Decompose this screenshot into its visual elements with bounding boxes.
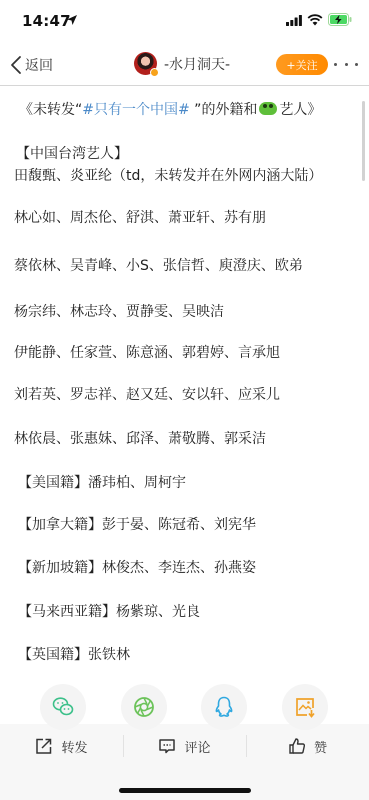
like-button[interactable]: 赞 xyxy=(246,724,369,768)
text-line: 【英国籍】张铁林 xyxy=(18,644,130,664)
share-qq-button[interactable] xyxy=(201,684,247,730)
home-indicator[interactable] xyxy=(119,788,251,793)
status-time: 14:47 xyxy=(22,12,71,30)
wechat-icon xyxy=(51,695,75,719)
more-dot-icon xyxy=(345,63,348,66)
like-label: 赞 xyxy=(314,737,327,756)
more-dot-icon xyxy=(355,63,358,66)
text-line: 【美国籍】潘玮柏、周柯宇 xyxy=(18,472,186,492)
comment-label: 评论 xyxy=(184,737,210,756)
follow-button[interactable]: +关注 xyxy=(276,54,328,75)
title-prefix: 《未转发“ xyxy=(19,102,82,118)
text-line: 【马来西亚籍】杨紫琼、光良 xyxy=(18,601,200,621)
action-bar: 转发 评论 赞 xyxy=(0,724,369,768)
repost-icon xyxy=(35,737,53,755)
text-line: 杨宗纬、林志玲、贾静雯、吴映洁 xyxy=(14,301,224,321)
text-line: 蔡依林、吴青峰、小S、张信哲、庾澄庆、欧弟 xyxy=(14,255,303,275)
back-label: 返回 xyxy=(25,55,53,75)
text-line: 田馥甄、炎亚纶（td，未转发并在外网内涵大陆） xyxy=(14,165,322,185)
share-wechat-button[interactable] xyxy=(40,684,86,730)
comment-button[interactable]: 评论 xyxy=(123,724,246,768)
section-heading: 【中国台湾艺人】 xyxy=(16,143,128,163)
post-content: 《未转发“#只有一个中国# ”的外籍和艺人》 【中国台湾艺人】 田馥甄、炎亚纶（… xyxy=(0,87,369,725)
nav-bar: 返回 -水月洞天- +关注 xyxy=(0,44,369,86)
share-row xyxy=(0,684,369,730)
more-dot-icon xyxy=(334,63,337,66)
frog-emoji-icon xyxy=(259,102,277,115)
share-moments-button[interactable] xyxy=(121,684,167,730)
qq-icon xyxy=(212,695,236,719)
text-line: 刘若英、罗志祥、赵又廷、安以轩、应采儿 xyxy=(14,384,280,404)
more-options-button[interactable] xyxy=(334,58,358,70)
text-line: 【加拿大籍】彭于晏、陈冠希、刘宪华 xyxy=(18,514,256,534)
hashtag-link[interactable]: #只有一个中国# xyxy=(82,102,189,118)
post-title: 《未转发“#只有一个中国# ”的外籍和艺人》 xyxy=(19,99,321,119)
title-suffix: 艺人》 xyxy=(279,102,321,118)
title-middle: ”的外籍和 xyxy=(190,102,258,118)
text-line: 林依晨、张惠妹、邱泽、萧敬腾、郭采洁 xyxy=(14,428,266,448)
chevron-left-icon xyxy=(10,55,22,75)
like-icon xyxy=(288,737,306,755)
repost-button[interactable]: 转发 xyxy=(0,724,123,768)
signal-icon xyxy=(286,15,302,26)
author-info[interactable]: -水月洞天- xyxy=(134,52,230,75)
bottom-toolbar: 转发 评论 赞 xyxy=(0,724,369,800)
verified-badge-icon xyxy=(150,68,159,77)
text-line: 林心如、周杰伦、舒淇、萧亚轩、苏有朋 xyxy=(14,207,266,227)
save-image-button[interactable] xyxy=(282,684,328,730)
author-name[interactable]: -水月洞天- xyxy=(164,54,230,74)
status-bar: 14:47 xyxy=(0,0,369,40)
scrollbar[interactable] xyxy=(362,101,365,181)
moments-icon xyxy=(132,695,156,719)
text-line: 伊能静、任家萱、陈意涵、郭碧婷、言承旭 xyxy=(14,342,280,362)
avatar[interactable] xyxy=(134,52,157,75)
repost-label: 转发 xyxy=(61,737,87,756)
battery-charging-icon xyxy=(328,13,352,26)
save-image-icon xyxy=(293,695,317,719)
location-arrow-icon xyxy=(66,14,78,26)
comment-icon xyxy=(158,737,176,755)
wifi-icon xyxy=(307,13,323,26)
back-button[interactable]: 返回 xyxy=(10,54,53,76)
text-line: 【新加坡籍】林俊杰、李连杰、孙燕姿 xyxy=(18,557,256,577)
